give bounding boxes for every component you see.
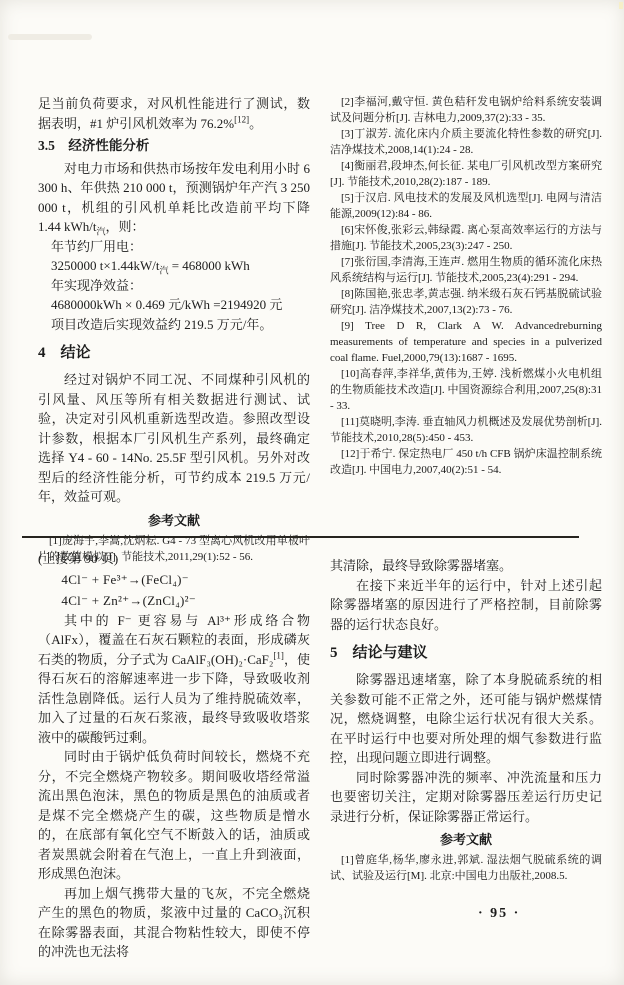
reference-item: [6]宋怀俊,张彩云,韩绿霞. 离心泵高效率运行的方法与措施[J]. 节能技术,…	[330, 222, 602, 254]
calc-line-savings-label: 年节约厂用电：	[38, 237, 310, 257]
section-heading-conclusion: 4 结论	[38, 343, 310, 363]
paragraph-black-foam: 同时由于锅炉低负荷时间较长，燃烧不充分，不完全燃烧产物较多。期间吸收塔经常溢流出…	[38, 747, 310, 884]
chemical-equation-fecl: 4Cl⁻ + Fe³⁺→(FeCl₄)⁻	[38, 569, 310, 590]
citation-marker: [1]	[273, 650, 284, 660]
reference-item: [9] Tree D R, Clark A W. Advancedreburni…	[330, 318, 602, 366]
reference-item: [4]衡丽君,段坤杰,何长征. 某电厂引风机改型方案研究[J]. 节能技术,20…	[330, 158, 602, 190]
bottom-left-column: (上接第 90 页) 4Cl⁻ + Fe³⁺→(FeCl₄)⁻ 4Cl⁻ + Z…	[38, 549, 310, 962]
scanned-journal-page: 足当前负荷要求，对风机性能进行了测试，数据表明，#1 炉引风机效率为 76.2%…	[0, 0, 624, 985]
page-number: · 95 ·	[478, 906, 520, 922]
chemical-equation-zncl: 4Cl⁻ + Zn²⁺→(ZnCl₄)²⁻	[38, 590, 310, 611]
reference-item: [11]莫晓明,李涛. 垂直轴风力机概述及发展优势剖析[J]. 节能技术,201…	[330, 414, 602, 446]
references-title: 参考文献	[330, 830, 602, 849]
paragraph-strict-control: 在接下来近半年的运行中，针对上述引起除雾器堵塞的原因进行了严格控制，目前除雾器的…	[330, 576, 602, 635]
paragraph-causes: 除雾器迅速堵塞，除了本身脱硫系统的相关参数可能不正常之外，还可能与锅炉燃煤情况，…	[330, 670, 602, 768]
text: 3250000 t×1.44kW/t	[51, 258, 159, 273]
calc-line-savings-formula: 3250000 t×1.44kW/t汽 = 468000 kWh	[38, 256, 310, 276]
subscript-steam: 汽	[97, 227, 106, 237]
continuation-paragraph: 足当前负荷要求，对风机性能进行了测试，数据表明，#1 炉引风机效率为 76.2%…	[38, 94, 310, 133]
scan-artifact	[8, 34, 92, 40]
reference-item: [10]高春萍,李祥华,黄伟为,王婷. 浅析燃煤小火电机组的生物质能技术改造[J…	[330, 366, 602, 414]
reference-item: [1]曾庭华,杨华,廖永进,郭斌. 湿法烟气脱硫系统的调试、试验及运行[M]. …	[330, 852, 602, 884]
paragraph-fly-ash: 再加上烟气携带大量的飞灰，不完全燃烧产生的黑色的物质，浆液中过量的 CaCO₃沉…	[38, 884, 310, 962]
calc-line-result: 项目改造后实现效益约 219.5 万元/年。	[38, 315, 310, 335]
paragraph-flush-monitoring: 同时除雾器冲洗的频率、冲洗流量和压力也要密切关注，定期对除雾器压差运行历史记录进…	[330, 768, 602, 827]
text: = 468000 kWh	[168, 258, 249, 273]
text: 其中的 F⁻ 更容易与 Al³⁺形成络合物（AlFx），覆盖在石灰石颗粒的表面，…	[38, 613, 310, 667]
top-left-column: 足当前负荷要求，对风机性能进行了测试，数据表明，#1 炉引风机效率为 76.2%…	[38, 94, 310, 565]
article-divider-rule	[22, 536, 579, 538]
paragraph-conclusion: 经过对锅炉不同工况、不同煤种引风机的引风量、风压等所有相关数据进行测试、试验，决…	[38, 370, 310, 507]
bottom-right-column: 其清除，最终导致除雾器堵塞。 在接下来近半年的运行中，针对上述引起除雾器堵塞的原…	[330, 556, 602, 884]
calc-line-benefit-formula: 4680000kWh × 0.469 元/kWh =2194920 元	[38, 295, 310, 315]
text: ，则：	[106, 219, 145, 234]
references-title: 参考文献	[38, 511, 310, 530]
reference-item: [12]于希宁. 保定热电厂 450 t/h CFB 锅炉床温控制系统改造[J]…	[330, 446, 602, 478]
reference-item: [8]陈国艳,张忠孝,黄志强. 纳米级石灰石钙基脱硫试验研究[J]. 洁净煤技术…	[330, 286, 602, 318]
reference-item: [3]丁淑芳. 流化床内介质主要流化特性参数的研究[J]. 洁净煤技术,2008…	[330, 126, 602, 158]
text: 。	[249, 116, 262, 131]
paragraph-fluoride-complex: 其中的 F⁻ 更容易与 Al³⁺形成络合物（AlFx），覆盖在石灰石颗粒的表面，…	[38, 611, 310, 748]
paragraph-market: 对电力市场和供热市场按年发电利用小时 6 300 h、年供热 210 000 t…	[38, 159, 310, 237]
scan-artifact-dot	[619, 2, 623, 9]
text: 足当前负荷要求，对风机性能进行了测试，数据表明，#1 炉引风机效率为 76.2%	[38, 96, 310, 131]
reference-item: [2]李福河,戴守恒. 黄色秸秆发电锅炉给料系统安装调试及问题分析[J]. 吉林…	[330, 94, 602, 126]
citation-marker: [12]	[234, 114, 249, 124]
section-heading-economic-analysis: 3.5 经济性能分析	[38, 136, 310, 156]
section-heading-conclusion-suggestion: 5 结论与建议	[330, 643, 602, 663]
top-right-column: [2]李福河,戴守恒. 黄色秸秆发电锅炉给料系统安装调试及问题分析[J]. 吉林…	[330, 94, 602, 478]
paragraph-clog-result: 其清除，最终导致除雾器堵塞。	[330, 556, 602, 576]
text: 对电力市场和供热市场按年发电利用小时 6 300 h、年供热 210 000 t…	[38, 161, 310, 235]
reference-item: [7]张衍国,李清海,王连声. 燃用生物质的循环流化床热风系统结构与运行[J].…	[330, 254, 602, 286]
calc-line-benefit-label: 年实现净效益：	[38, 276, 310, 296]
reference-item: [5]于汉启. 风电技术的发展及风机选型[J]. 电网与清洁能源,2009(12…	[330, 190, 602, 222]
continued-from-note: (上接第 90 页)	[38, 549, 310, 569]
